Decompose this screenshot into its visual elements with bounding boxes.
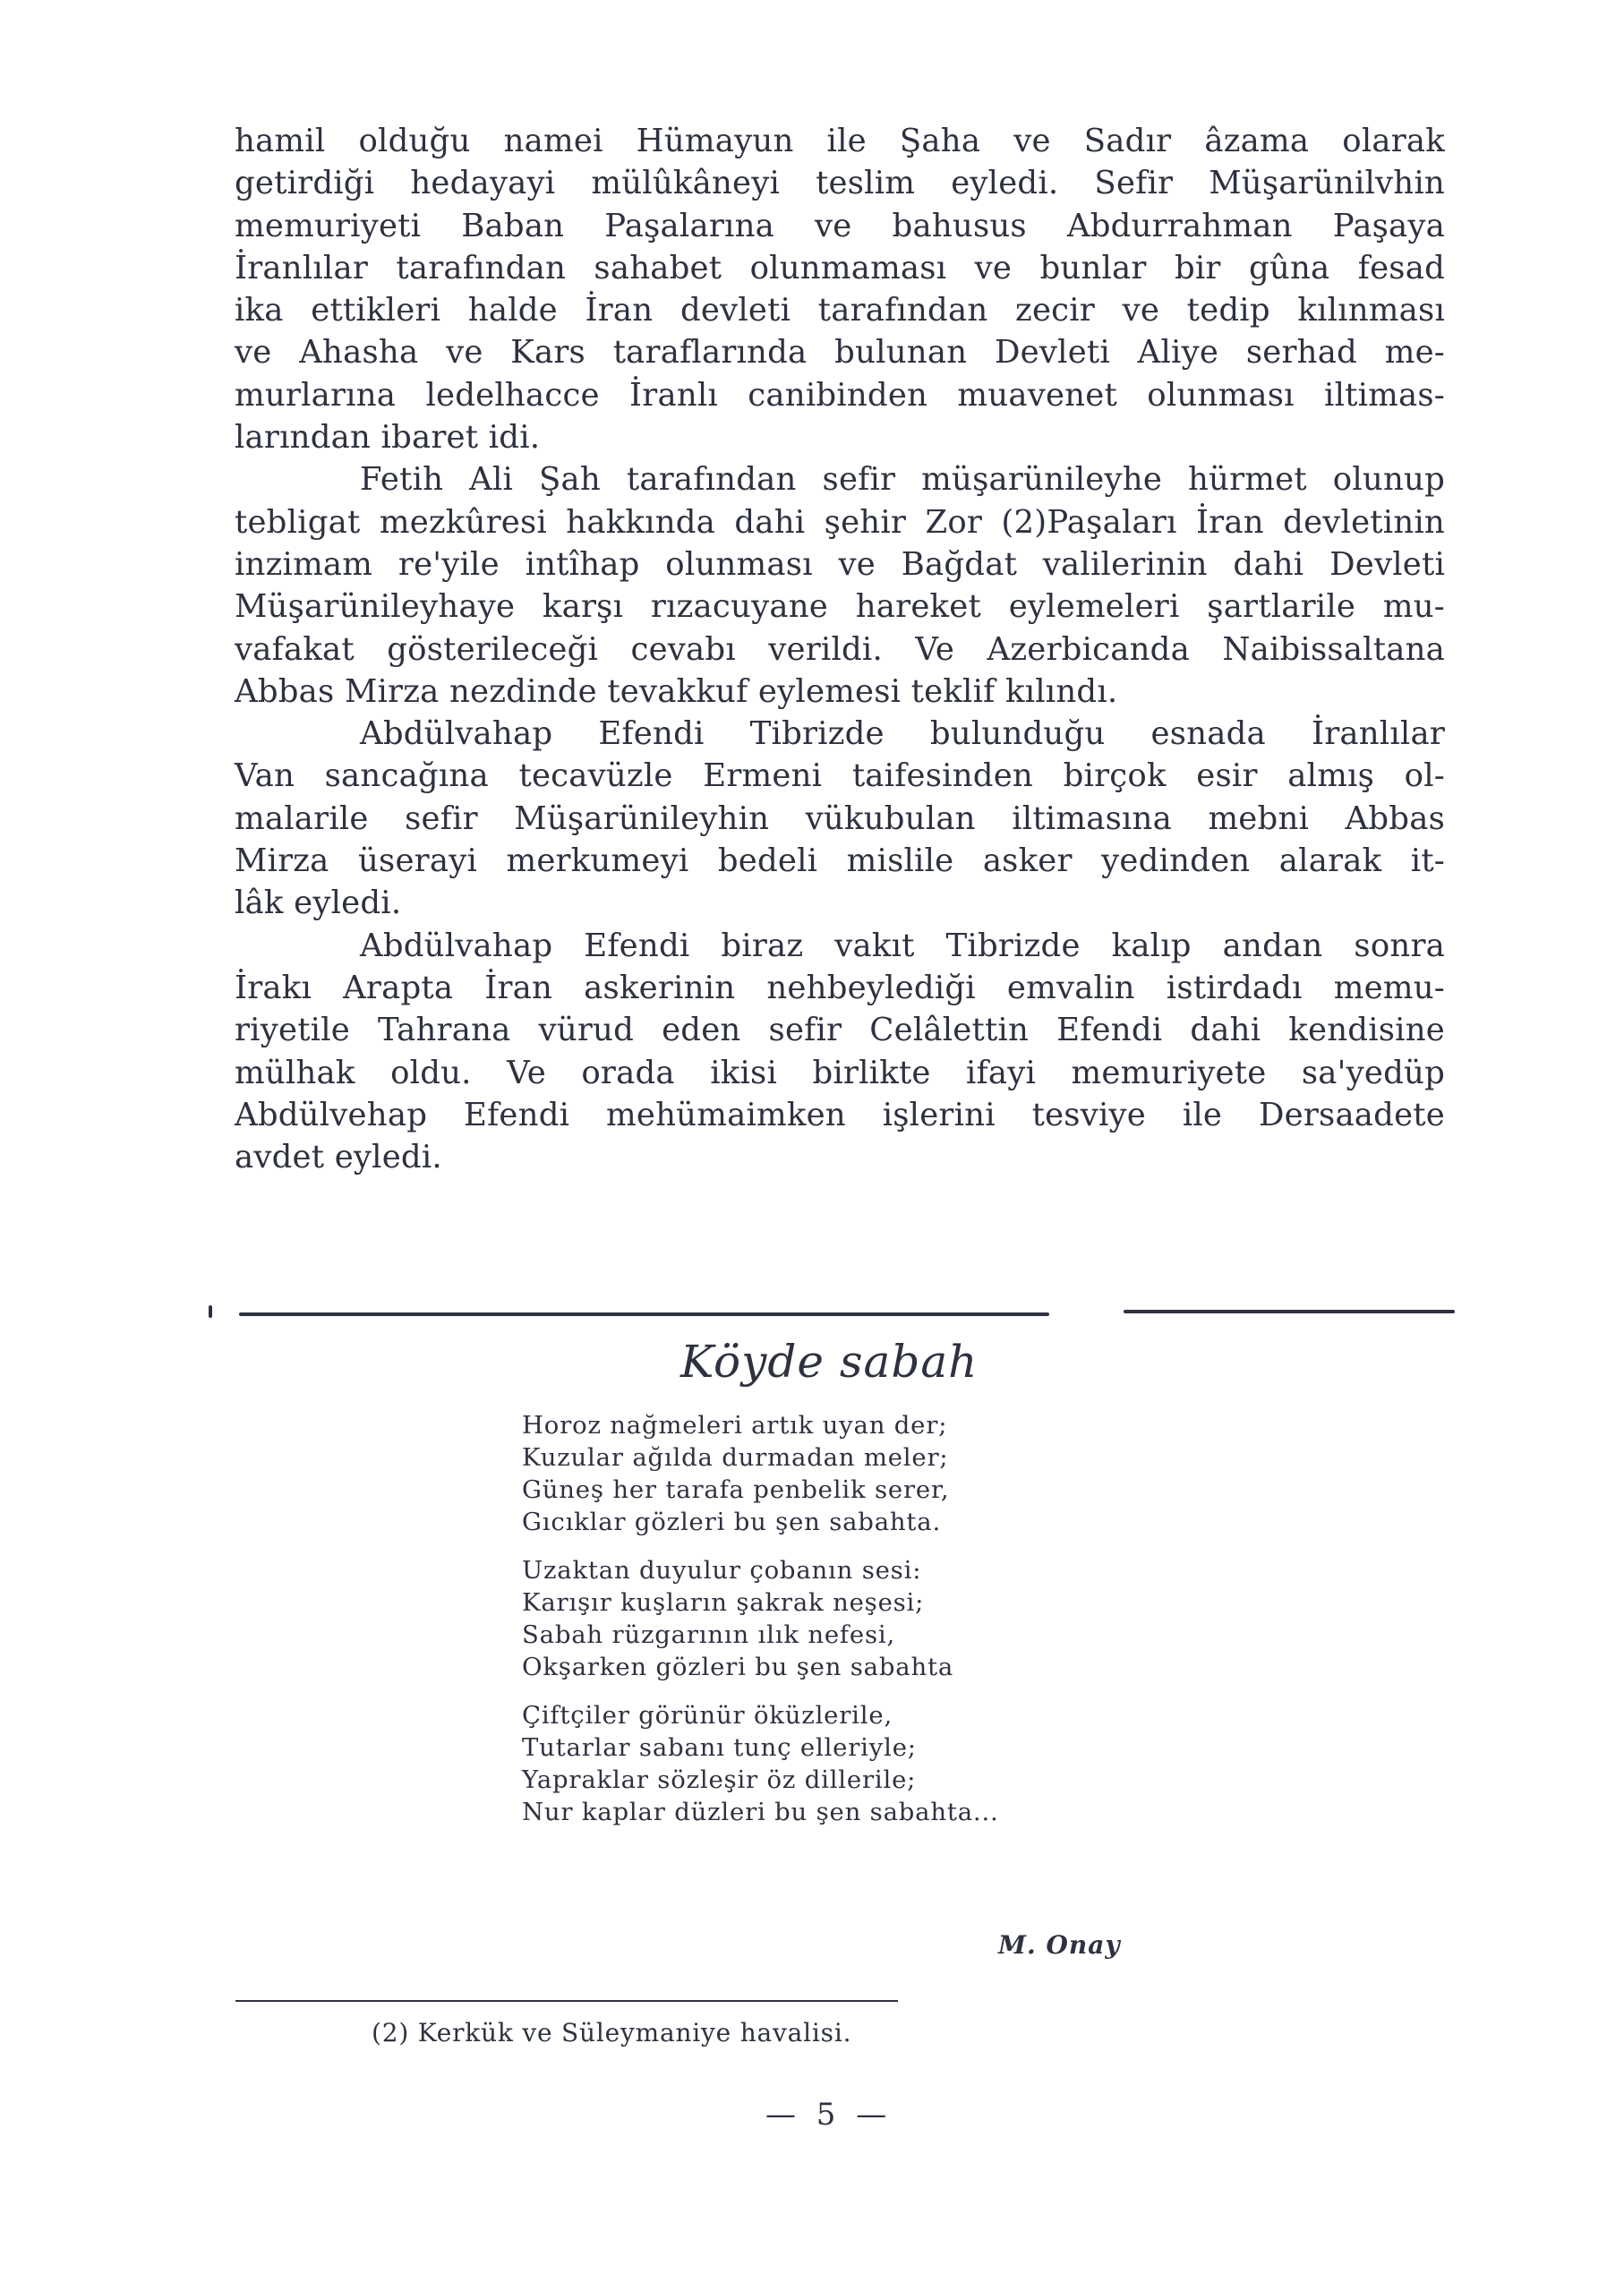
poem-body: Horoz nağmeleri artık uyan der; Kuzular … [522, 1409, 999, 1844]
article-line: İranlılar tarafından sahabet olunmaması … [235, 247, 1445, 289]
poem-line: Gıcıklar gözleri bu şen sabahta. [522, 1506, 999, 1538]
article-line: Abdülvehap Efendi mehümaimken işlerini t… [235, 1094, 1445, 1136]
poem-line: Nur kaplar düzleri bu şen sabahta... [522, 1796, 999, 1828]
poem-line: Tutarlar sabanı tunç elleriyle; [522, 1731, 999, 1764]
poem-line: Okşarken gözleri bu şen sabahta [522, 1651, 999, 1683]
paragraph-start-line: Abdülvahap Efendi Tibrizde bulunduğu esn… [235, 713, 1445, 755]
article-line: getirdiği hedayayi mülûkâneyi teslim eyl… [235, 162, 1445, 204]
section-divider-right [1124, 1310, 1455, 1313]
article-line: ika ettikleri halde İran devleti tarafın… [235, 289, 1445, 331]
document-page: hamil olduğu namei Hümayun ile Şaha ve S… [0, 0, 1624, 2274]
poem-line: Sabah rüzgarının ılık nefesi, [522, 1619, 999, 1651]
article-line: ve Ahasha ve Kars taraflarında bulunan D… [235, 331, 1445, 373]
article-line: larından ibaret idi. [235, 416, 1445, 458]
footnote: (2) Kerkük ve Süleymaniye havalisi. [372, 2018, 851, 2047]
article-line: tebligat mezkûresi hakkında dahi şehir Z… [235, 501, 1445, 543]
poem-stanza: Uzaktan duyulur çobanın sesi: Karışır ku… [522, 1554, 999, 1683]
article-line: inzimam re'yile intîhap olunması ve Bağd… [235, 543, 1445, 586]
article-line: murlarına ledelhacce İranlı canibinden m… [235, 374, 1445, 416]
poem-line: Horoz nağmeleri artık uyan der; [522, 1409, 999, 1441]
separator-mark [209, 1305, 212, 1318]
page-number: — 5 — [765, 2097, 892, 2133]
paragraph-start-line: Fetih Ali Şah tarafından sefir müşarünil… [235, 458, 1445, 500]
footnote-rule [235, 2000, 898, 2002]
poem-stanza: Horoz nağmeleri artık uyan der; Kuzular … [522, 1409, 999, 1538]
article-line: Müşarünileyhaye karşı rızacuyane hareket… [235, 586, 1445, 628]
article-line: mülhak oldu. Ve orada ikisi birlikte ifa… [235, 1052, 1445, 1094]
poem-line: Karışır kuşların şakrak neşesi; [522, 1586, 999, 1619]
article-line: İrakı Arapta İran askerinin nehbeylediği… [235, 967, 1445, 1009]
poem-author: M. Onay [998, 1930, 1121, 1960]
paragraph-start-line: Abdülvahap Efendi biraz vakıt Tibrizde k… [235, 925, 1445, 967]
article-line: malarile sefir Müşarünileyhin vükubulan … [235, 798, 1445, 840]
article-line: memuriyeti Baban Paşalarına ve bahusus A… [235, 205, 1445, 247]
poem-title: Köyde sabah [680, 1336, 978, 1388]
article-line: avdet eyledi. [235, 1136, 1445, 1178]
poem-line: Güneş her tarafa penbelik serer, [522, 1474, 999, 1506]
article-line: riyetile Tahrana vürud eden sefir Celâle… [235, 1009, 1445, 1051]
section-divider-left [239, 1312, 1049, 1316]
article-line: lâk eyledi. [235, 882, 1445, 924]
article-line: hamil olduğu namei Hümayun ile Şaha ve S… [235, 120, 1445, 162]
poem-stanza: Çiftçiler görünür öküzlerile, Tutarlar s… [522, 1699, 999, 1828]
article-line: vafakat gösterileceği cevabı verildi. Ve… [235, 628, 1445, 671]
article-body: hamil olduğu namei Hümayun ile Şaha ve S… [235, 120, 1445, 1178]
poem-line: Uzaktan duyulur çobanın sesi: [522, 1554, 999, 1586]
article-line: Abbas Mirza nezdinde tevakkuf eylemesi t… [235, 671, 1445, 713]
poem-line: Kuzular ağılda durmadan meler; [522, 1441, 999, 1474]
poem-line: Yapraklar sözleşir öz dillerile; [522, 1764, 999, 1796]
poem-line: Çiftçiler görünür öküzlerile, [522, 1699, 999, 1731]
article-line: Mirza üserayi merkumeyi bedeli mislile a… [235, 840, 1445, 882]
article-line: Van sancağına tecavüzle Ermeni taifesind… [235, 755, 1445, 797]
